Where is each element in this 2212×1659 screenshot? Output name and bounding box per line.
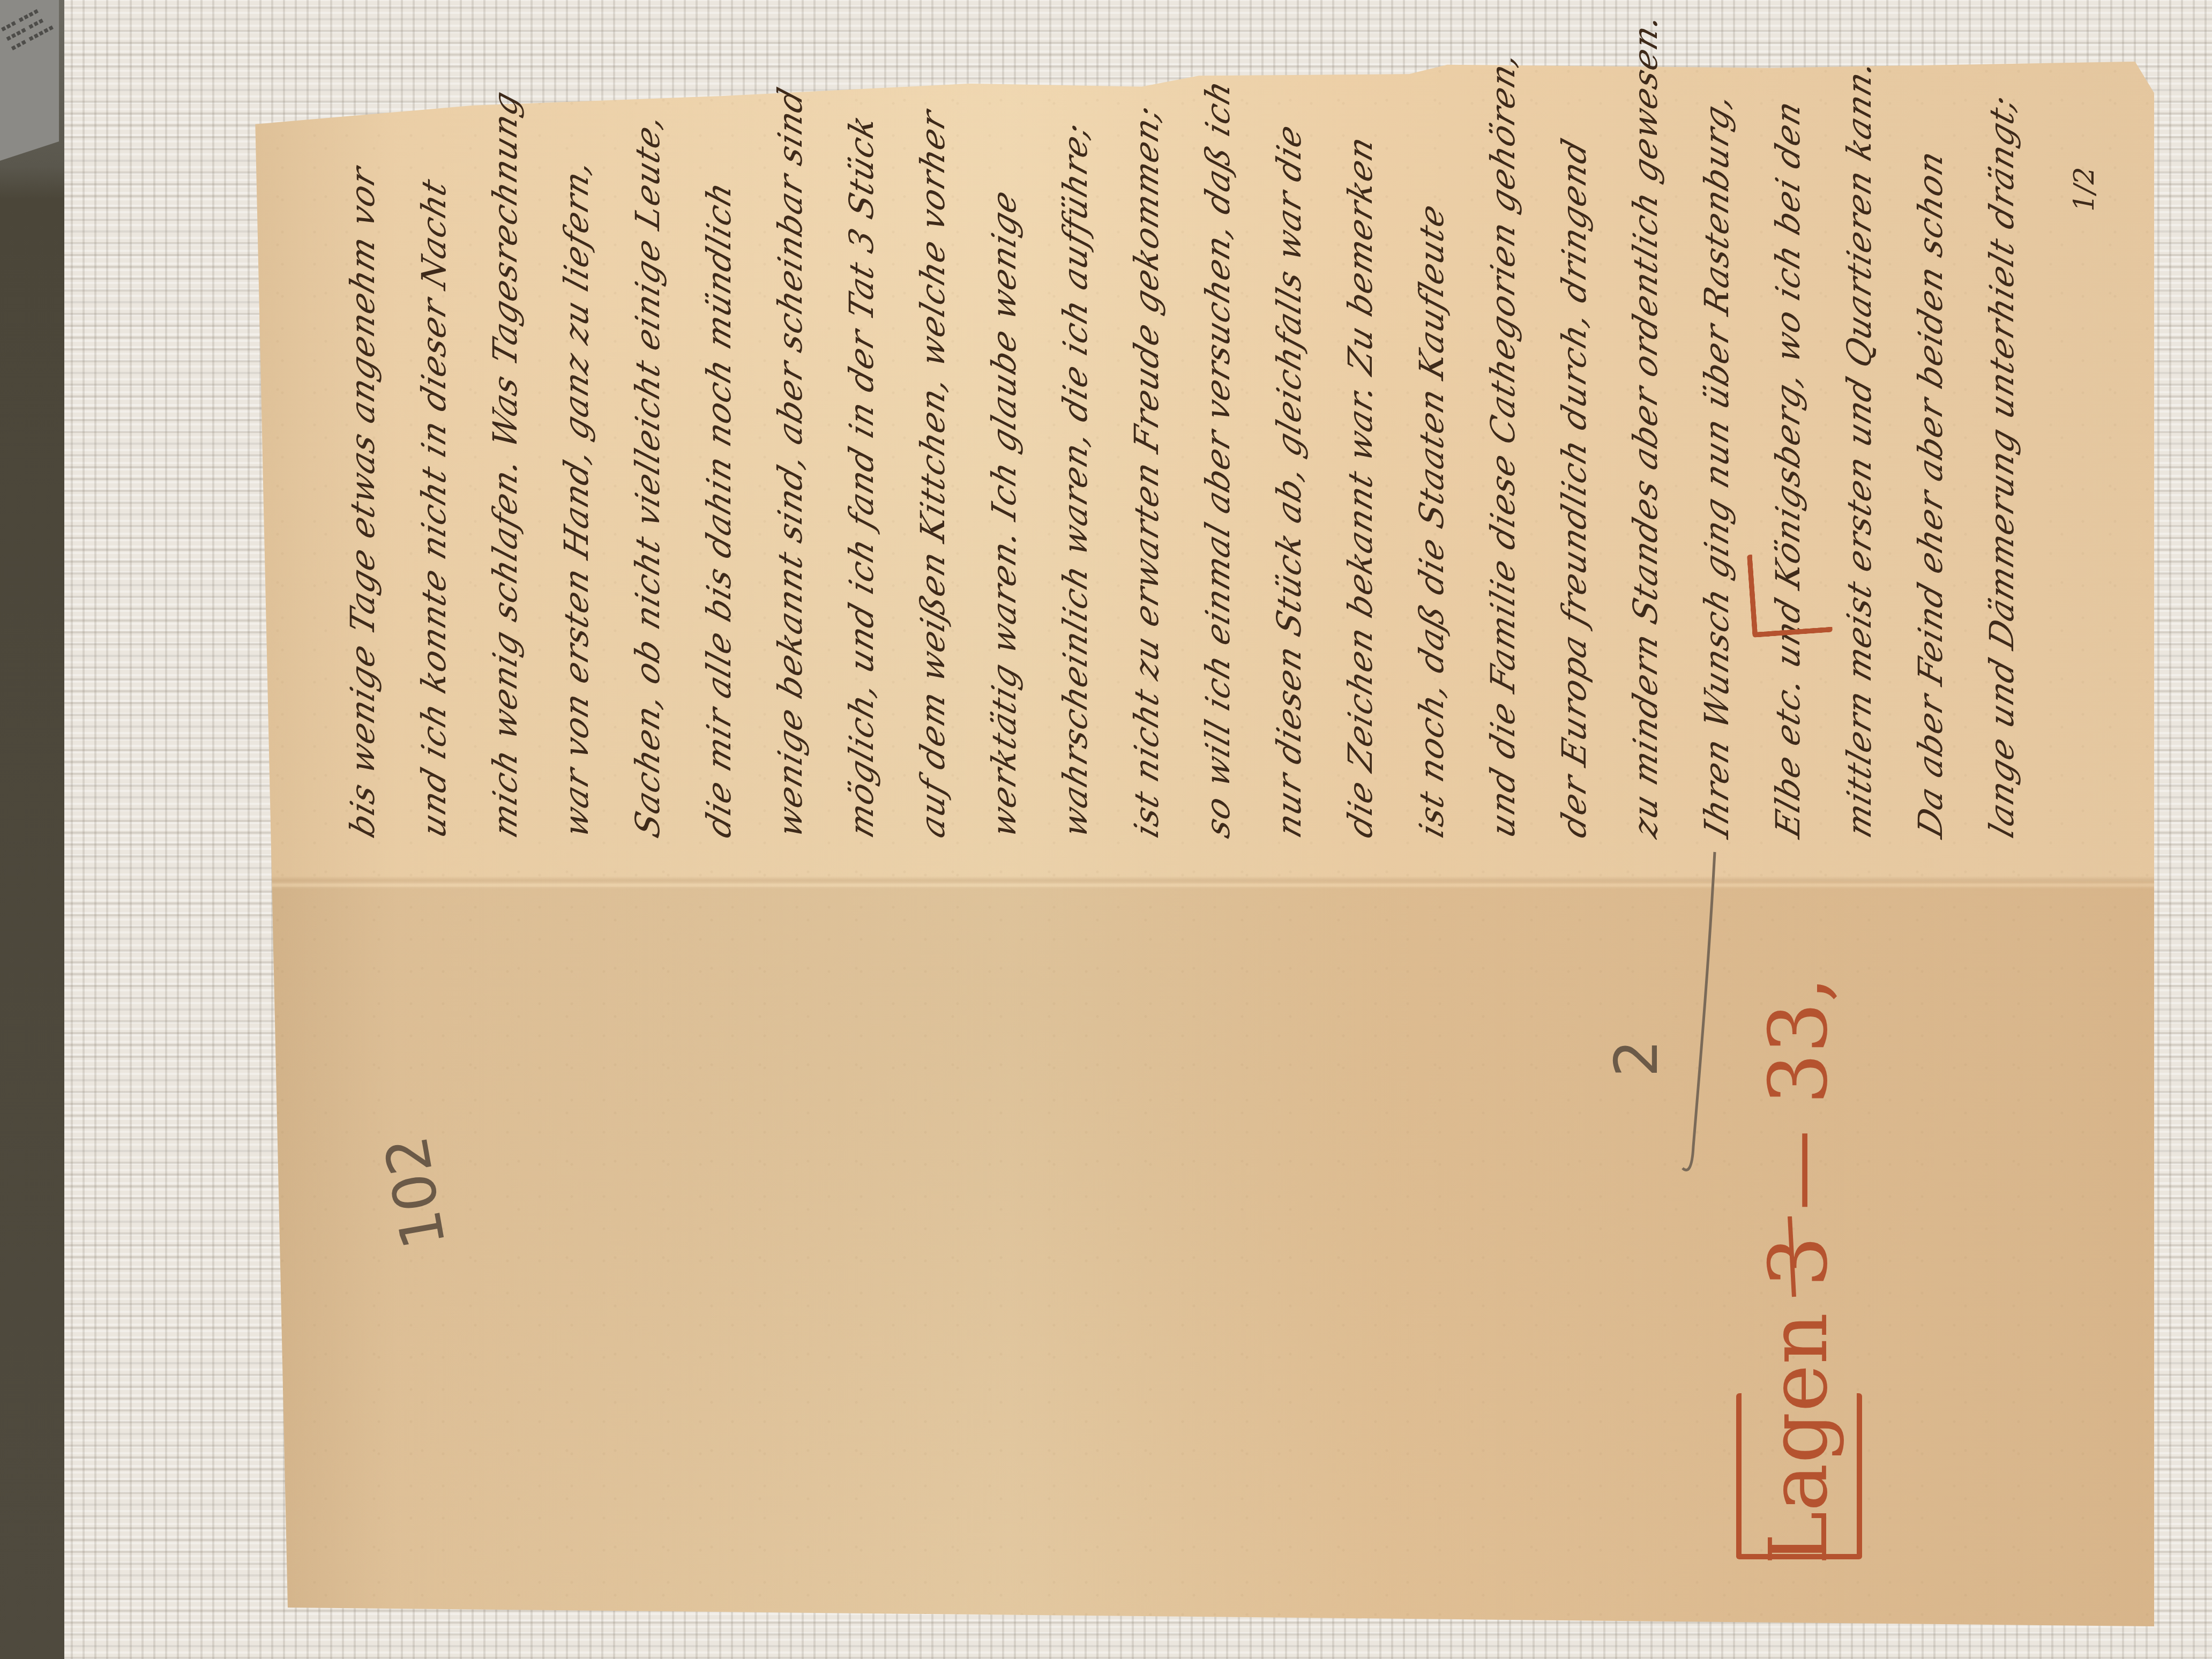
dark-table-edge	[0, 0, 64, 1659]
manuscript-line: Elbe etc. und Königsberg, wo ich bei den	[1768, 95, 1807, 842]
manuscript-line: die Zeichen bekannt war. Zu bemerken	[1341, 131, 1380, 842]
manuscript-line: lange und Dämmerung unterhielt drängt;	[1982, 89, 2021, 842]
paper-fold-crease	[244, 876, 2154, 889]
manuscript-line: auf dem weißen Kittchen, welche vorher	[913, 104, 952, 842]
printed-card-text: ▪▪▪ ▪▪▪▪▪▪▪▪ ▪▪▪▪▪▪ ▪▪▪▪▪	[0, 0, 61, 54]
manuscript-line: und ich konnte nicht in dieser Nacht	[414, 173, 453, 842]
manuscript-line: die mir alle bis dahin noch mündlich	[699, 176, 738, 842]
manuscript-line: Da aber Feind eher aber beiden schon	[1911, 145, 1950, 842]
manuscript-line: zu mindern Standes aber ordentlich gewes…	[1626, 8, 1665, 842]
red-crayon-tail-line	[1784, 1216, 1806, 1302]
manuscript-line: so will ich einmal aber versuchen, daß i…	[1198, 74, 1237, 842]
manuscript-text-block: bis wenige Tage etwas angenehm vor und i…	[343, 43, 2058, 836]
manuscript-line: wenige bekannt sind, aber scheinbar sind	[771, 83, 810, 842]
pencil-bracket-line	[1650, 847, 1731, 1179]
manuscript-line: werktätig waren. Ich glaube wenige	[984, 184, 1023, 842]
manuscript-line: Sachen, ob nicht vielleicht einige Leute…	[628, 108, 667, 842]
red-crayon-box-und	[1747, 549, 1833, 638]
manuscript-line: und die Familie diese Cathegorien gehöre…	[1483, 46, 1522, 842]
manuscript-line: möglich, und ich fand in der Tat 3 Stück	[842, 109, 881, 842]
manuscript-line: bis wenige Tage etwas angenehm vor	[343, 161, 382, 842]
manuscript-line: Ihren Wunsch ging nun über Rastenburg,	[1697, 87, 1736, 842]
page-number: 1/2	[2068, 167, 2101, 212]
manuscript-line: der Europa freundlich durch, dringend	[1555, 133, 1594, 842]
manuscript-line: war von ersten Hand, ganz zu liefern,	[557, 154, 596, 842]
manuscript-line: mich wenig schlafen. Was Tagesrechnung	[485, 85, 525, 842]
manuscript-line: ist nicht zu erwarten Freude gekommen;	[1127, 100, 1166, 842]
manuscript-line: ist noch, daß die Staaten Kaufleute	[1412, 198, 1451, 842]
photo-scene: ▪▪▪ ▪▪▪▪▪▪▪▪ ▪▪▪▪▪▪ ▪▪▪▪▪ bis wenige Tag…	[0, 0, 2212, 1659]
manuscript-line: mittlern meist ersten und Quartieren kan…	[1840, 54, 1879, 842]
manuscript-line: wahrscheinlich waren, die ich aufführe;	[1056, 117, 1095, 842]
manuscript-line: nur diesen Stück ab, gleichfalls war die	[1269, 119, 1309, 842]
printed-card-corner: ▪▪▪ ▪▪▪▪▪▪▪▪ ▪▪▪▪▪▪ ▪▪▪▪▪	[0, 0, 59, 161]
blank-half	[244, 887, 2154, 1626]
red-crayon-box-lagen	[1736, 1393, 1862, 1559]
